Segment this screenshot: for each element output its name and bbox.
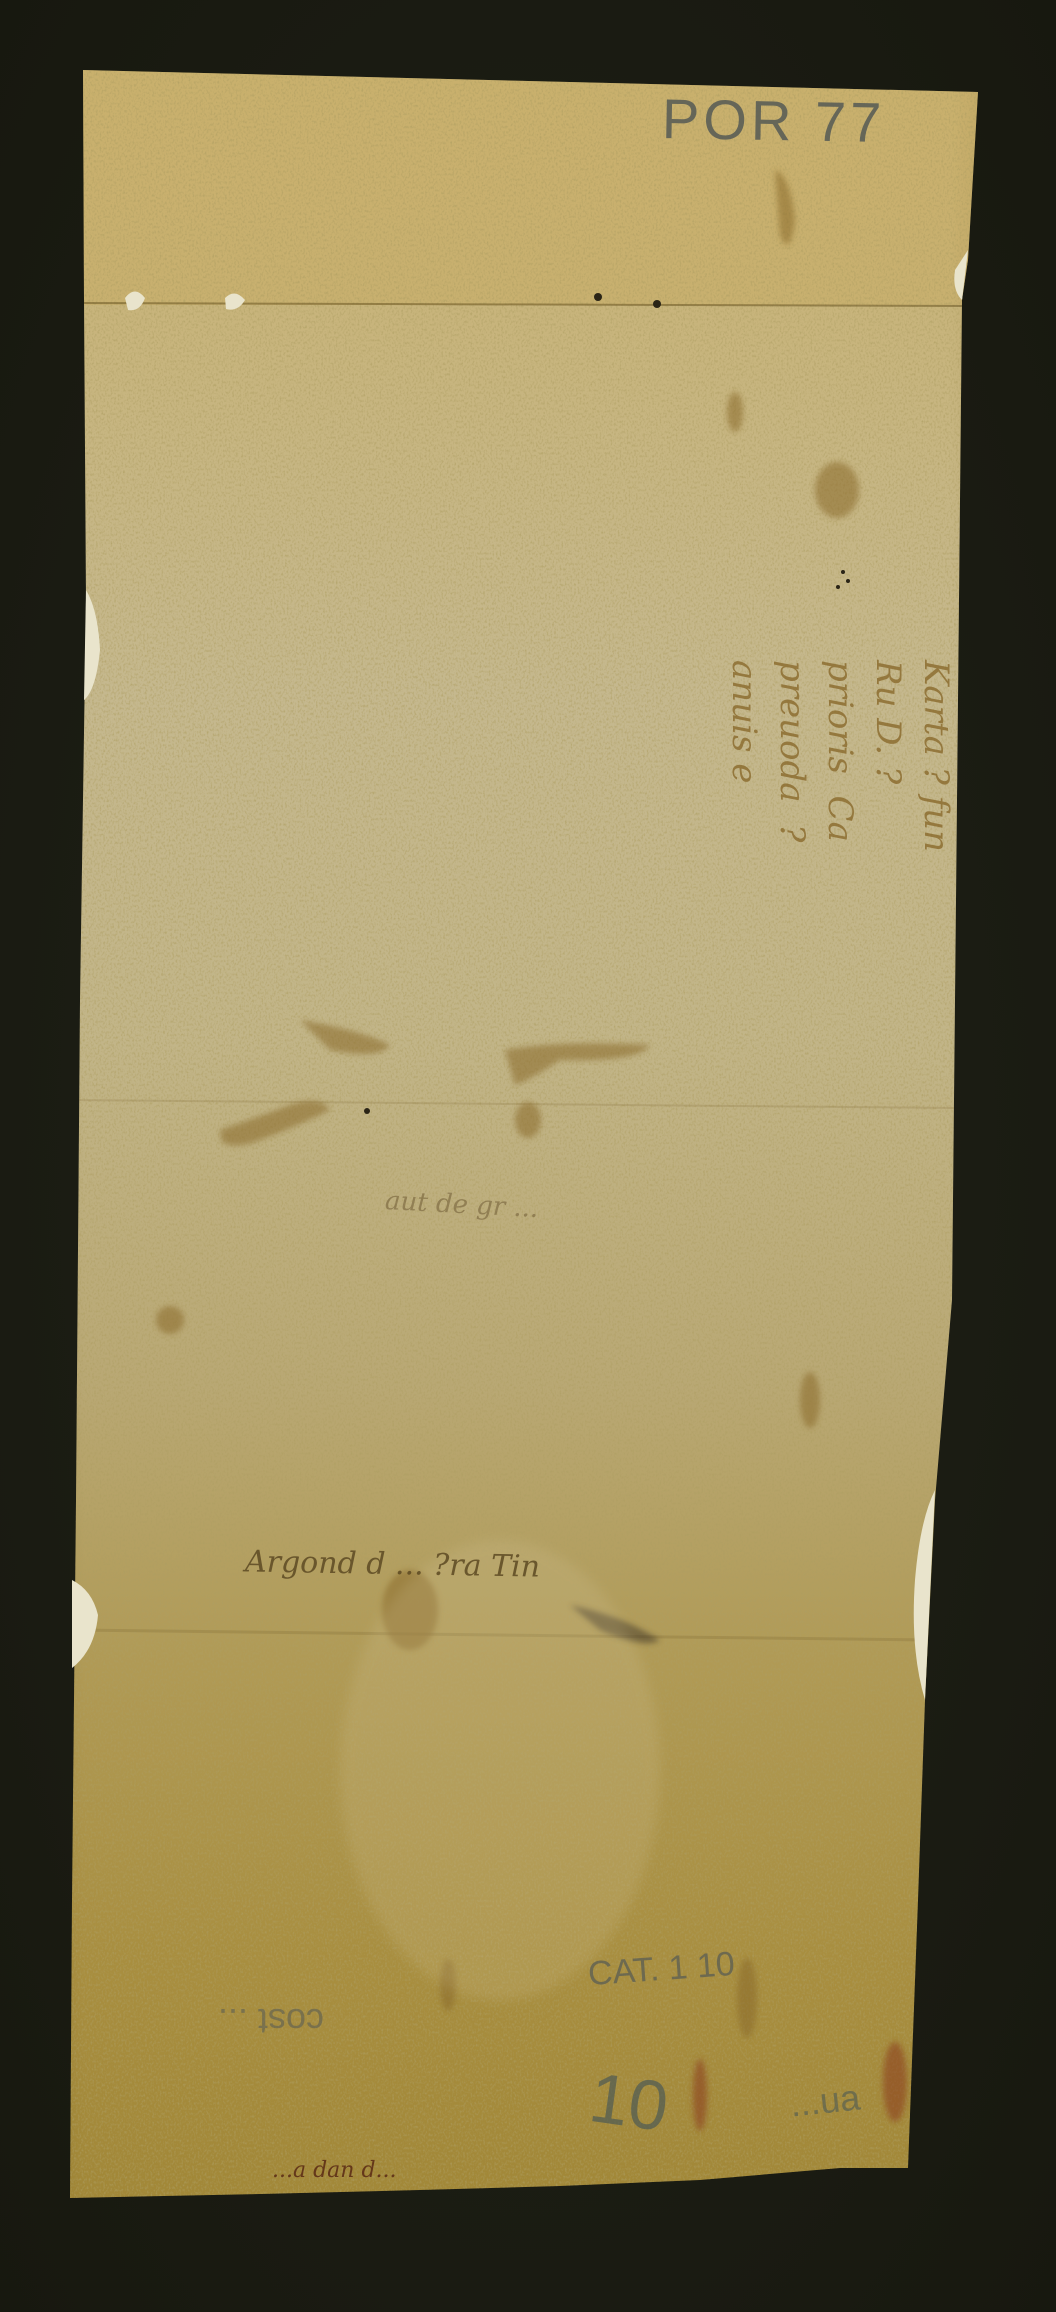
parchment-sheet <box>0 0 1056 2312</box>
parchment-svg <box>0 0 1056 2312</box>
